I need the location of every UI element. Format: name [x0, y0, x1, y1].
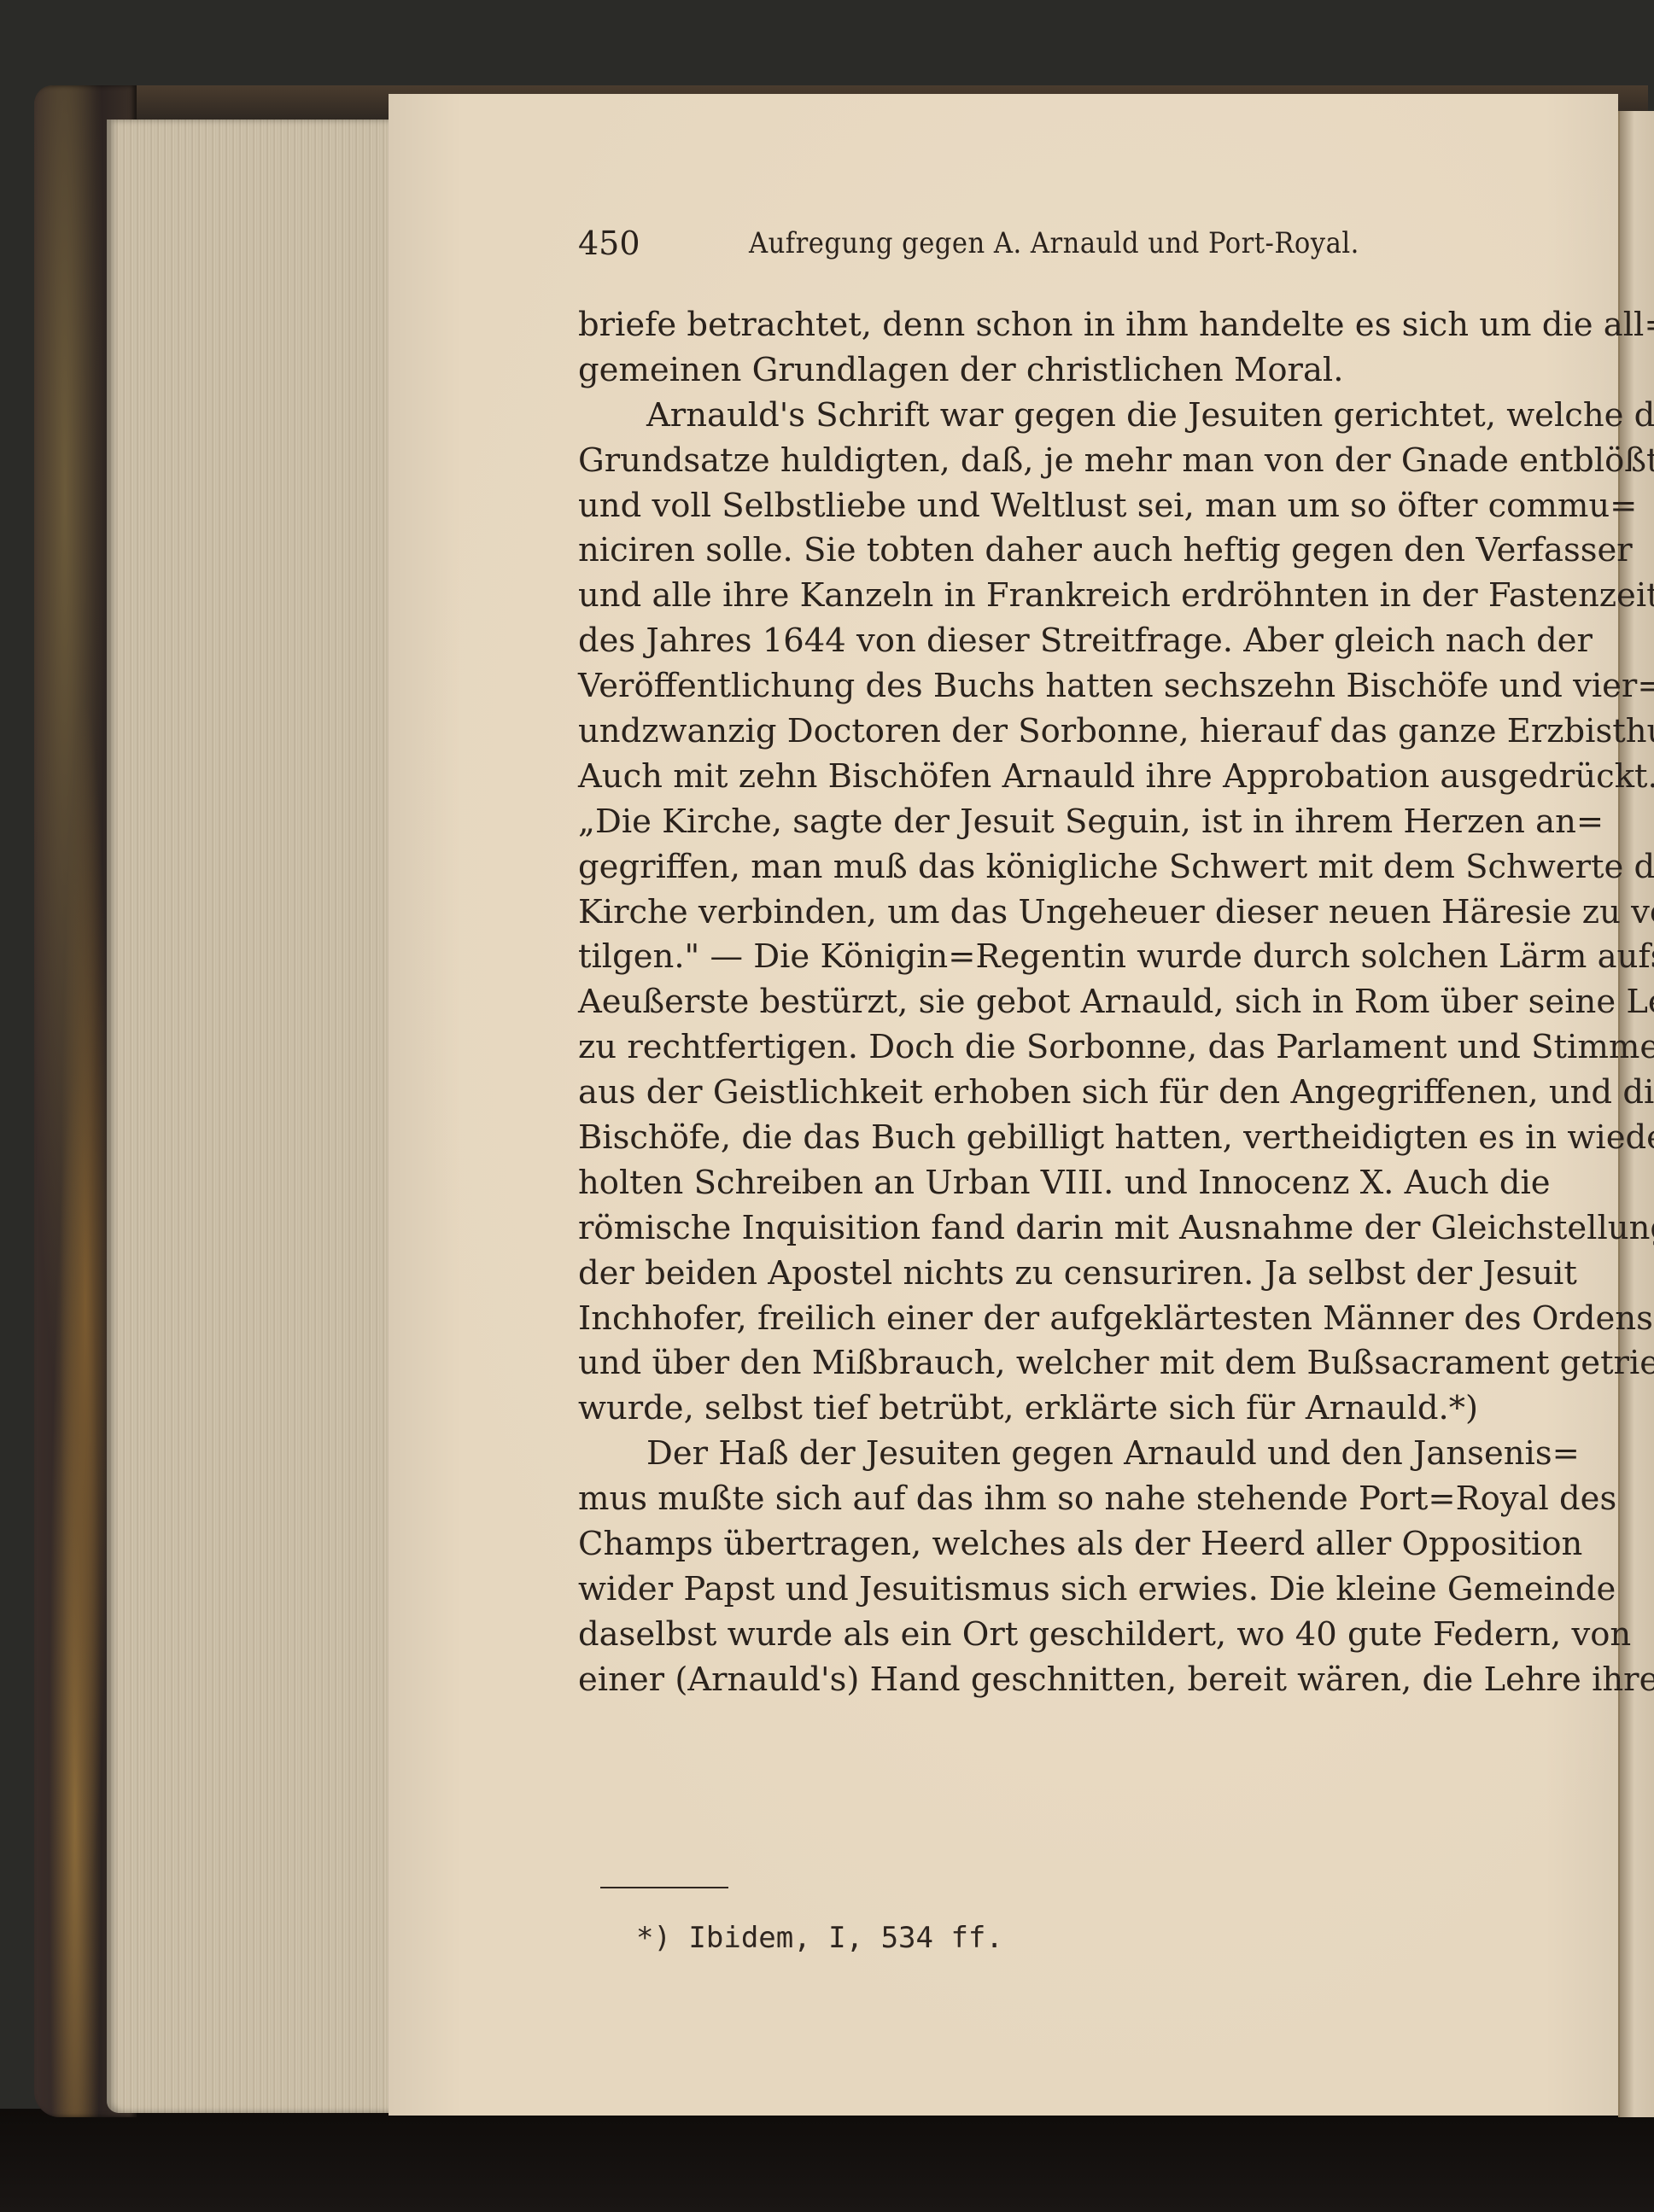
text-line: briefe betrachtet, denn schon in ihm han…	[578, 303, 1546, 348]
background-surface	[0, 2109, 1654, 2212]
text-line: des Jahres 1644 von dieser Streitfrage. …	[578, 619, 1546, 664]
text-line: holten Schreiben an Urban VIII. und Inno…	[578, 1161, 1546, 1206]
text-line: Auch mit zehn Bischöfen Arnauld ihre App…	[578, 755, 1546, 800]
running-head-title: Aufregung gegen A. Arnauld und Port-Roya…	[749, 222, 1359, 265]
text-line: römische Inquisition fand darin mit Ausn…	[578, 1206, 1546, 1252]
text-line: Aeußerste bestürzt, sie gebot Arnauld, s…	[578, 980, 1546, 1025]
running-head: 450 Aufregung gegen A. Arnauld und Port-…	[578, 222, 1560, 265]
text-line: Bischöfe, die das Buch gebilligt hatten,…	[578, 1116, 1546, 1161]
text-line: einer (Arnauld's) Hand geschnitten, bere…	[578, 1658, 1546, 1703]
text-line: und voll Selbstliebe und Weltlust sei, m…	[578, 484, 1546, 529]
book-page: 450 Aufregung gegen A. Arnauld und Port-…	[389, 94, 1618, 2116]
text-line: niciren solle. Sie tobten daher auch hef…	[578, 528, 1546, 574]
text-line: mus mußte sich auf das ihm so nahe stehe…	[578, 1477, 1546, 1522]
body-text: briefe betrachtet, denn schon in ihm han…	[578, 303, 1546, 1703]
text-line: daselbst wurde als ein Ort geschildert, …	[578, 1613, 1546, 1658]
text-line: gemeinen Grundlagen der christlichen Mor…	[578, 348, 1546, 394]
footnote-divider	[600, 1887, 728, 1888]
page-number: 450	[578, 222, 640, 265]
text-line: und alle ihre Kanzeln in Frankreich erdr…	[578, 574, 1546, 619]
text-line: undzwanzig Doctoren der Sorbonne, hierau…	[578, 709, 1546, 755]
footnote: *) Ibidem, I, 534 ff.	[636, 1921, 1003, 1955]
text-line: zu rechtfertigen. Doch die Sorbonne, das…	[578, 1025, 1546, 1071]
text-line: aus der Geistlichkeit erhoben sich für d…	[578, 1071, 1546, 1116]
text-line: und über den Mißbrauch, welcher mit dem …	[578, 1341, 1546, 1386]
text-line: der beiden Apostel nichts zu censuriren.…	[578, 1252, 1546, 1297]
text-line: „Die Kirche, sagte der Jesuit Seguin, is…	[578, 800, 1546, 845]
text-line: wider Papst und Jesuitismus sich erwies.…	[578, 1567, 1546, 1613]
text-line: Arnauld's Schrift war gegen die Jesuiten…	[578, 394, 1546, 439]
text-line: Veröffentlichung des Buchs hatten sechsz…	[578, 664, 1546, 709]
text-line: wurde, selbst tief betrübt, erklärte sic…	[578, 1386, 1546, 1432]
text-line: gegriffen, man muß das königliche Schwer…	[578, 845, 1546, 890]
text-line: Der Haß der Jesuiten gegen Arnauld und d…	[578, 1432, 1546, 1477]
text-line: tilgen." — Die Königin=Regentin wurde du…	[578, 935, 1546, 980]
text-line: Kirche verbinden, um das Ungeheuer diese…	[578, 890, 1546, 936]
text-line: Inchhofer, freilich einer der aufgeklärt…	[578, 1297, 1546, 1342]
page-stack-edges	[107, 120, 389, 2113]
text-line: Grundsatze huldigten, daß, je mehr man v…	[578, 439, 1546, 484]
text-line: Champs übertragen, welches als der Heerd…	[578, 1522, 1546, 1567]
